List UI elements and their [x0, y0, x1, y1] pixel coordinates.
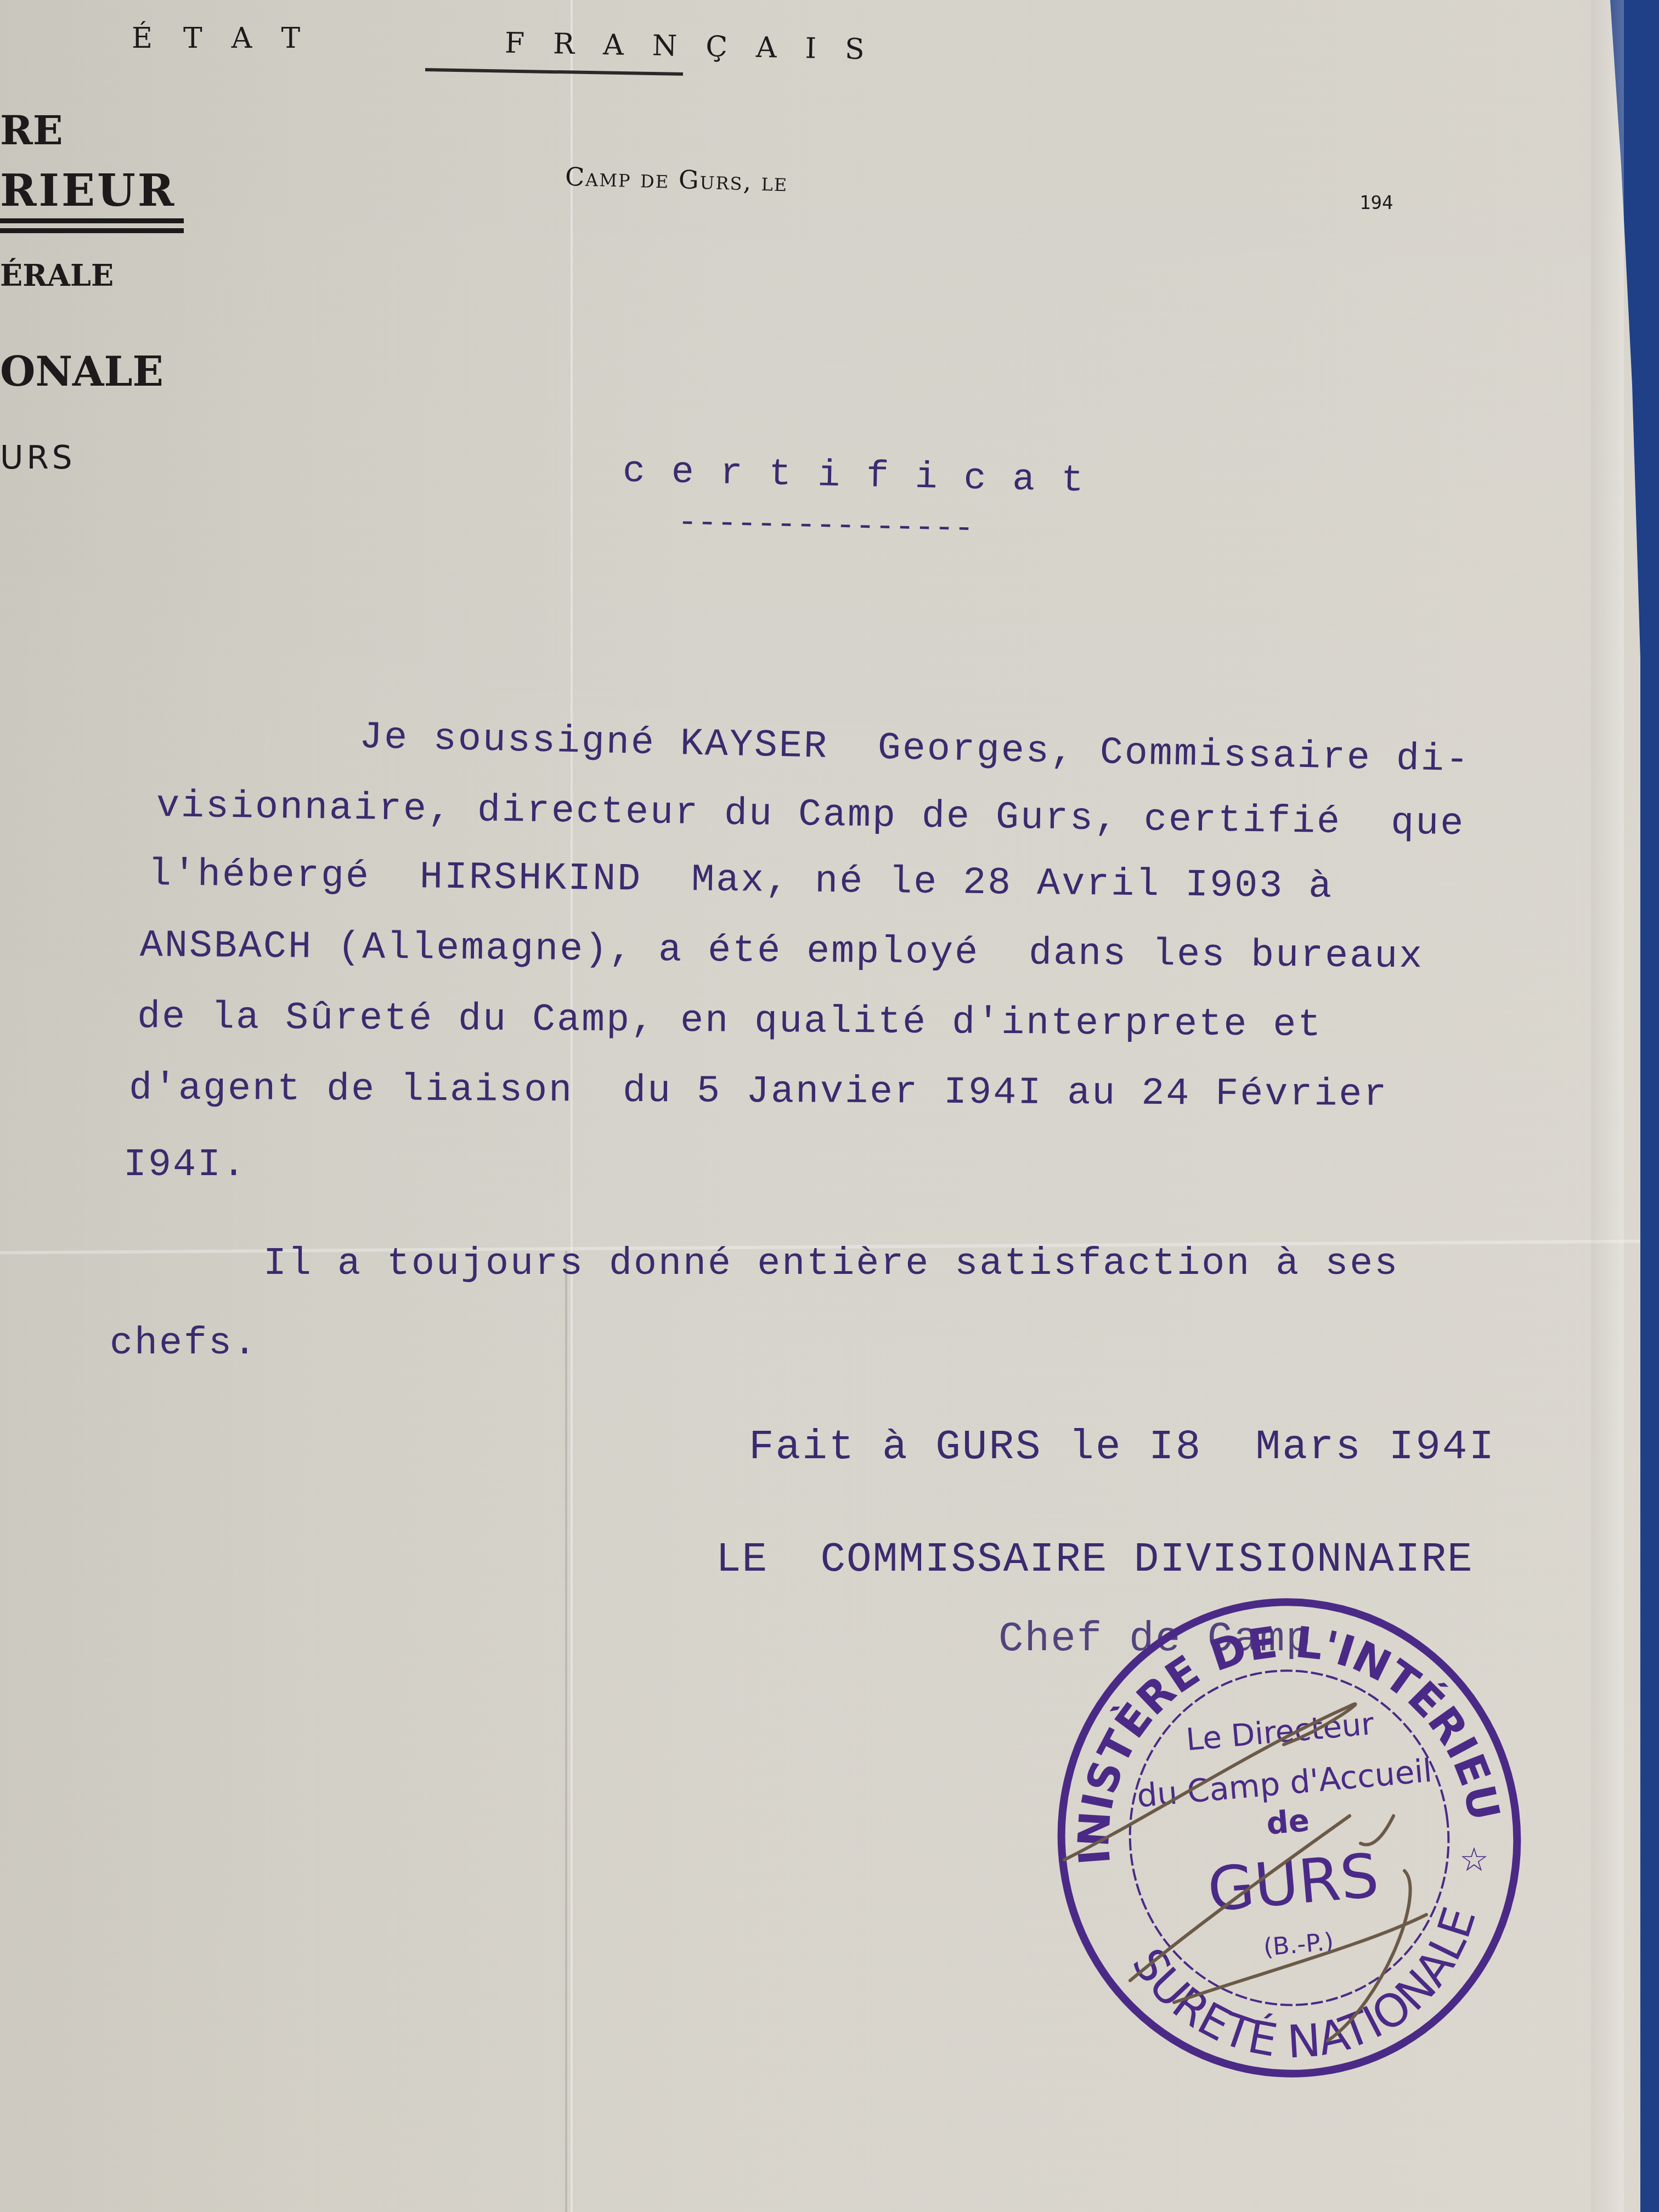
svg-text:SURETÉ NATIONALE: SURETÉ NATIONALE — [1119, 1895, 1504, 2079]
place-date-label: Camp de Gurs, le — [565, 162, 788, 198]
signatory-title: LE COMMISSAIRE DIVISIONNAIRE — [716, 1536, 1474, 1583]
svg-text:de: de — [1265, 1803, 1311, 1842]
paper-edge — [1591, 0, 1624, 2212]
body-line: I94I. — [123, 1144, 247, 1187]
body-line: Il a toujours donné entière satisfaction… — [263, 1243, 1399, 1286]
body-line: chefs. — [110, 1322, 258, 1365]
body-line: de la Sûreté du Camp, en qualité d'inter… — [137, 996, 1323, 1047]
svg-text:☆: ☆ — [1459, 1841, 1489, 1879]
letterhead-surete-nationale: ONALE — [0, 348, 163, 396]
svg-text:GURS: GURS — [1205, 1840, 1381, 1925]
official-stamp: MINISTÈRE DE L'INTÉRIEUR SURETÉ NATIONAL… — [1042, 1585, 1536, 2079]
title-underline: --------------- — [677, 504, 974, 548]
letterhead-direction-generale: ÉRALE — [0, 258, 114, 293]
svg-text:(B.-P.): (B.-P.) — [1262, 1928, 1335, 1962]
svg-text:Le Directeur: Le Directeur — [1184, 1706, 1375, 1758]
fold-crease-vertical-lower — [565, 1251, 567, 2212]
letterhead-double-rule-bottom — [0, 228, 184, 233]
year-prefix: 194 — [1359, 192, 1393, 214]
letterhead-ministry-line2: RIEUR — [0, 165, 176, 216]
letterhead-etat: ÉTAT — [132, 22, 331, 55]
letterhead-double-rule-top — [0, 218, 184, 223]
body-line: d'agent de liaison du 5 Janvier I94I au … — [129, 1067, 1389, 1117]
letterhead-francais: FRANÇAIS — [505, 27, 894, 66]
letterhead-gurs: URS — [0, 439, 76, 476]
date-line: Fait à GURS le I8 Mars I94I — [749, 1424, 1496, 1471]
stamp-seal-icon: MINISTÈRE DE L'INTÉRIEUR SURETÉ NATIONAL… — [1042, 1585, 1536, 2079]
letterhead-ministry-line1: RE — [0, 107, 63, 154]
